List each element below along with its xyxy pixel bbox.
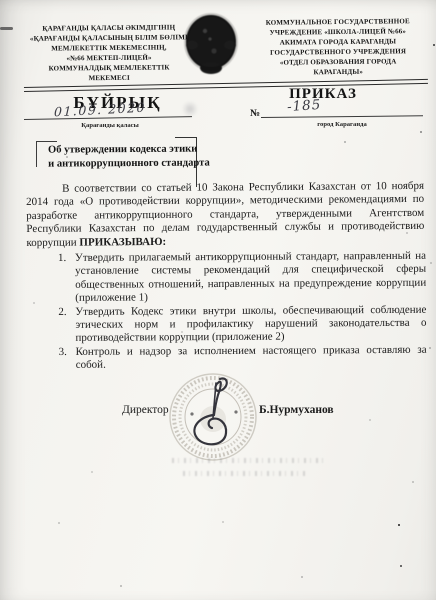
order-item-1: 1. Утвердить прилагаемый антикоррупционн… xyxy=(58,250,426,306)
place-russian: город Караганда xyxy=(261,121,423,128)
place-kazakh: Қарағанды қаласы xyxy=(40,122,180,129)
signature-role: Директор xyxy=(122,404,169,416)
date-line xyxy=(24,116,192,120)
number-line xyxy=(261,115,423,118)
item-text: Контроль и надзор за исполнением настоящ… xyxy=(76,344,427,372)
subject-title: Об утверждении кодекса этики и антикорру… xyxy=(48,142,223,171)
order-item-2: 2. Утвердить Кодекс этики внутри школы, … xyxy=(58,303,426,345)
item-text: Утвердить прилагаемый антикоррупционный … xyxy=(75,250,426,304)
letterhead-kazakh-line: МЕМЛЕКЕТТІК МЕКЕМЕСІНІҢ, xyxy=(28,43,190,54)
round-stamp xyxy=(167,371,259,463)
letterhead-russian-line: КАРАГАНДЫ» xyxy=(247,67,429,79)
order-items: 1. Утвердить прилагаемый антикоррупционн… xyxy=(58,250,427,373)
item-number: 1. xyxy=(58,252,66,265)
ghost-text-line xyxy=(172,458,324,463)
letterhead-russian-line: ГОСУДАРСТВЕННОГО УЧРЕЖДЕНИЯ xyxy=(247,47,429,59)
letterhead-kazakh: ҚАРАҒАНДЫ ҚАЛАСЫ ӘКІМДІГІНІҢ «ҚАРАҒАНДЫ … xyxy=(28,23,191,84)
state-emblem-icon xyxy=(183,11,239,77)
scan-smudge xyxy=(181,101,199,117)
ghost-text-line xyxy=(183,471,309,476)
subject-line-1: Об утверждении кодекса этики xyxy=(48,142,223,157)
subject-line-2: и антикоррупционного стандарта xyxy=(48,156,223,171)
decree-word: ПРИКАЗЫВАЮ: xyxy=(79,236,166,249)
order-word-russian: ПРИКАЗ xyxy=(268,86,378,103)
item-number: 2. xyxy=(58,306,66,319)
item-text: Утвердить Кодекс этики внутри школы, обе… xyxy=(75,303,426,344)
letterhead-kazakh-line: КОММУНАЛДЫҚ МЕМЛЕКЕТТІК xyxy=(28,63,190,74)
signature-name: Б.Нурмуханов xyxy=(259,404,334,416)
scan-edge-mark xyxy=(0,27,13,30)
scanned-order-document: ҚАРАҒАНДЫ ҚАЛАСЫ ӘКІМДІГІНІҢ «ҚАРАҒАНДЫ … xyxy=(0,0,436,600)
letterhead-russian: КОММУНАЛЬНОЕ ГОСУДАРСТВЕННОЕ УЧРЕЖДЕНИЕ … xyxy=(247,17,430,79)
item-number: 3. xyxy=(59,346,67,359)
handwritten-number: -185 xyxy=(286,97,321,115)
order-item-3: 3. Контроль и надзор за исполнением наст… xyxy=(59,344,427,373)
letterhead-kazakh-line: МЕКЕМЕСІ xyxy=(28,73,190,84)
scan-speckles xyxy=(0,0,2,2)
number-sign: № xyxy=(250,108,260,119)
preamble-paragraph: В соответствии со статьей 10 Закона Респ… xyxy=(26,180,425,250)
